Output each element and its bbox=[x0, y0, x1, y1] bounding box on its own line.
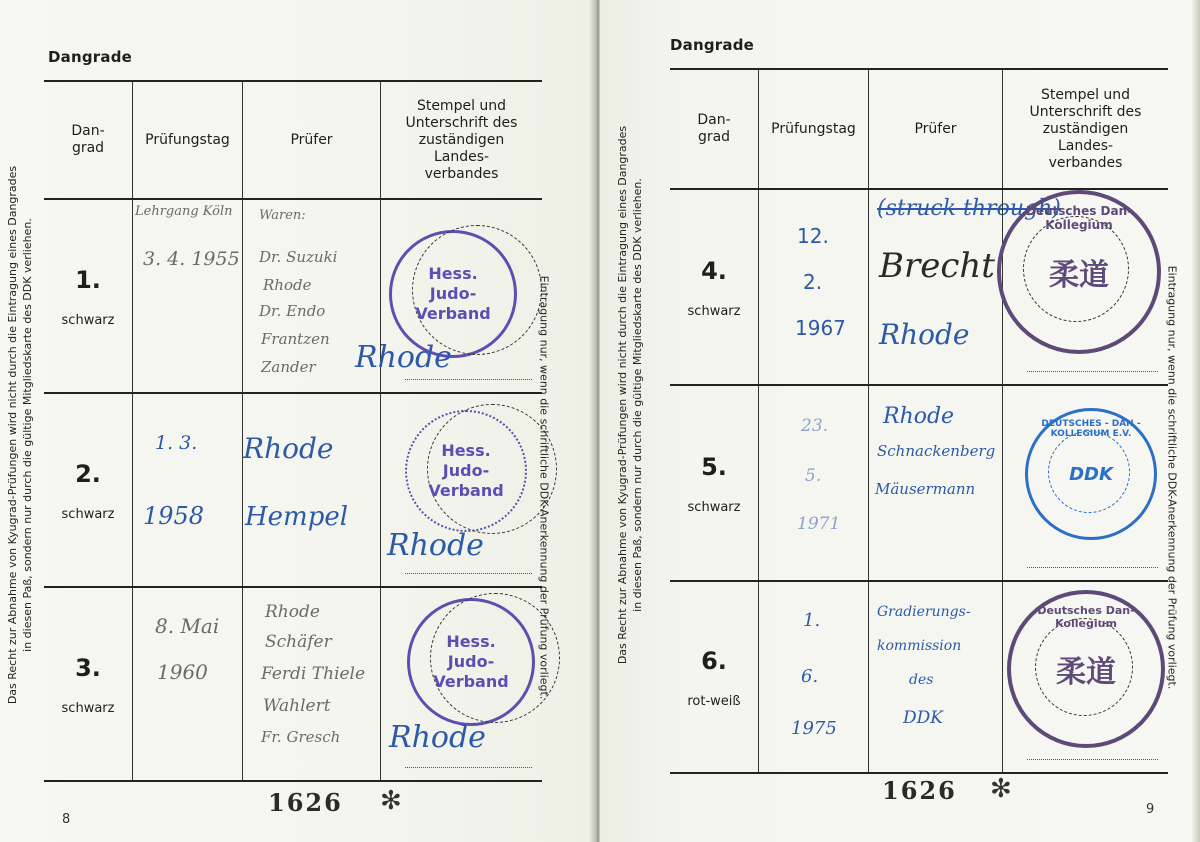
header-pruefer: Prüfer bbox=[242, 82, 380, 198]
page-number: 8 bbox=[62, 812, 70, 827]
date-cell: Lehrgang Köln 3. 4. 1955 bbox=[132, 200, 242, 392]
examiner-cell: (struck through) Brecht Rhode bbox=[868, 190, 1002, 384]
signature: Rhode bbox=[389, 720, 486, 755]
header-pruefungstag: Prüfungstag bbox=[132, 82, 242, 198]
table-row: 6. rot-weiß 1. 6. 1975 Gradierungs- komm… bbox=[670, 582, 1168, 772]
dangrade-table-left: Dan- grad Prüfungstag Prüfer Stempel und… bbox=[44, 80, 542, 782]
header-dangrad: Dan- grad bbox=[670, 70, 758, 188]
signature-line bbox=[405, 379, 532, 380]
date-cell: 8. Mai 1960 bbox=[132, 588, 242, 780]
asterisk-icon: ✻ bbox=[380, 786, 402, 816]
examiner-cell: Rhode Hempel bbox=[242, 394, 380, 586]
page-number: 9 bbox=[1146, 802, 1154, 817]
serial-number: 1626 bbox=[268, 788, 343, 817]
table-header: Dan- grad Prüfungstag Prüfer Stempel und… bbox=[670, 70, 1168, 190]
grade-cell: 3. schwarz bbox=[44, 588, 132, 780]
stamp-cell: Hess. Judo- Verband Rhode bbox=[380, 588, 542, 780]
header-pruefer: Prüfer bbox=[868, 70, 1002, 188]
grade-cell: 5. schwarz bbox=[670, 386, 758, 580]
stamp-cell: Deutsches Dan-Kollegium 柔道 bbox=[1002, 190, 1168, 384]
grade-cell: 6. rot-weiß bbox=[670, 582, 758, 772]
signature-line bbox=[405, 767, 532, 768]
side-note-kyugrad: Das Recht zur Abnahme von Kyugrad-Prüfun… bbox=[5, 75, 35, 795]
grade-cell: 1. schwarz bbox=[44, 200, 132, 392]
ddk-kollegium-stamp: Deutsches Dan-Kollegium 柔道 bbox=[1007, 590, 1165, 748]
date-cell: 23. 5. 1971 bbox=[758, 386, 868, 580]
header-pruefungstag: Prüfungstag bbox=[758, 70, 868, 188]
signature-line bbox=[405, 573, 532, 574]
table-row: 3. schwarz 8. Mai 1960 Rhode Schäfer Fer… bbox=[44, 588, 542, 780]
table-row: 5. schwarz 23. 5. 1971 Rhode Schnackenbe… bbox=[670, 386, 1168, 582]
asterisk-icon: ✻ bbox=[990, 774, 1012, 804]
page-edge bbox=[1192, 0, 1200, 842]
side-note-kyugrad: Das Recht zur Abnahme von Kyugrad-Prüfun… bbox=[615, 35, 645, 755]
stamp-cell: Deutsches Dan-Kollegium 柔道 bbox=[1002, 582, 1168, 772]
ddk-blue-stamp: DEUTSCHES - DAN - KOLLEGIUM E.V. DDK bbox=[1025, 408, 1157, 540]
header-dangrad: Dan- grad bbox=[44, 82, 132, 198]
hess-judo-verband-stamp: Hess. Judo- Verband bbox=[407, 598, 535, 726]
header-stempel: Stempel und Unterschrift des zuständigen… bbox=[1002, 70, 1168, 188]
table-row: 2. schwarz 1. 3. 1958 Rhode Hempel Hess.… bbox=[44, 394, 542, 588]
ddk-kollegium-stamp: Deutsches Dan-Kollegium 柔道 bbox=[997, 190, 1161, 354]
signature: Rhode bbox=[387, 528, 484, 563]
header-stempel: Stempel und Unterschrift des zuständigen… bbox=[380, 82, 542, 198]
date-cell: 12. 2. 1967 bbox=[758, 190, 868, 384]
stamp-cell: DEUTSCHES - DAN - KOLLEGIUM E.V. DDK bbox=[1002, 386, 1168, 580]
date-cell: 1. 3. 1958 bbox=[132, 394, 242, 586]
page-title: Dangrade bbox=[48, 48, 132, 66]
hess-judo-verband-stamp: Hess. Judo- Verband bbox=[389, 230, 517, 358]
table-row: 1. schwarz Lehrgang Köln 3. 4. 1955 Ware… bbox=[44, 200, 542, 394]
dangrade-table-right: Dan- grad Prüfungstag Prüfer Stempel und… bbox=[670, 68, 1168, 774]
signature-line bbox=[1027, 371, 1158, 372]
grade-cell: 2. schwarz bbox=[44, 394, 132, 586]
left-page: Dangrade Dan- grad Prüfungstag Prüfer St… bbox=[0, 0, 598, 842]
table-header: Dan- grad Prüfungstag Prüfer Stempel und… bbox=[44, 82, 542, 200]
examiner-cell: Gradierungs- kommission des DDK bbox=[868, 582, 1002, 772]
stamp-cell: Hess. Judo- Verband Rhode bbox=[380, 394, 542, 586]
side-note-anerkennung: Eintragung nur, wenn die schriftliche DD… bbox=[1165, 198, 1180, 758]
hess-judo-verband-stamp: Hess. Judo- Verband bbox=[405, 410, 527, 532]
stamp-cell: Hess. Judo- Verband Rhode bbox=[380, 200, 542, 392]
signature-line bbox=[1027, 567, 1158, 568]
grade-cell: 4. schwarz bbox=[670, 190, 758, 384]
signature-line bbox=[1027, 759, 1158, 760]
date-cell: 1. 6. 1975 bbox=[758, 582, 868, 772]
serial-number: 1626 bbox=[882, 776, 957, 805]
page-title: Dangrade bbox=[670, 36, 754, 54]
examiner-cell: Rhode Schäfer Ferdi Thiele Wahlert Fr. G… bbox=[242, 588, 380, 780]
right-page: Dangrade Dan- grad Prüfungstag Prüfer St… bbox=[600, 0, 1200, 842]
examiner-cell: Rhode Schnackenberg Mäusermann bbox=[868, 386, 1002, 580]
signature: Rhode bbox=[355, 340, 452, 375]
table-row: 4. schwarz 12. 2. 1967 (struck through) … bbox=[670, 190, 1168, 386]
side-note-anerkennung: Eintragung nur, wenn die schriftliche DD… bbox=[537, 208, 552, 768]
